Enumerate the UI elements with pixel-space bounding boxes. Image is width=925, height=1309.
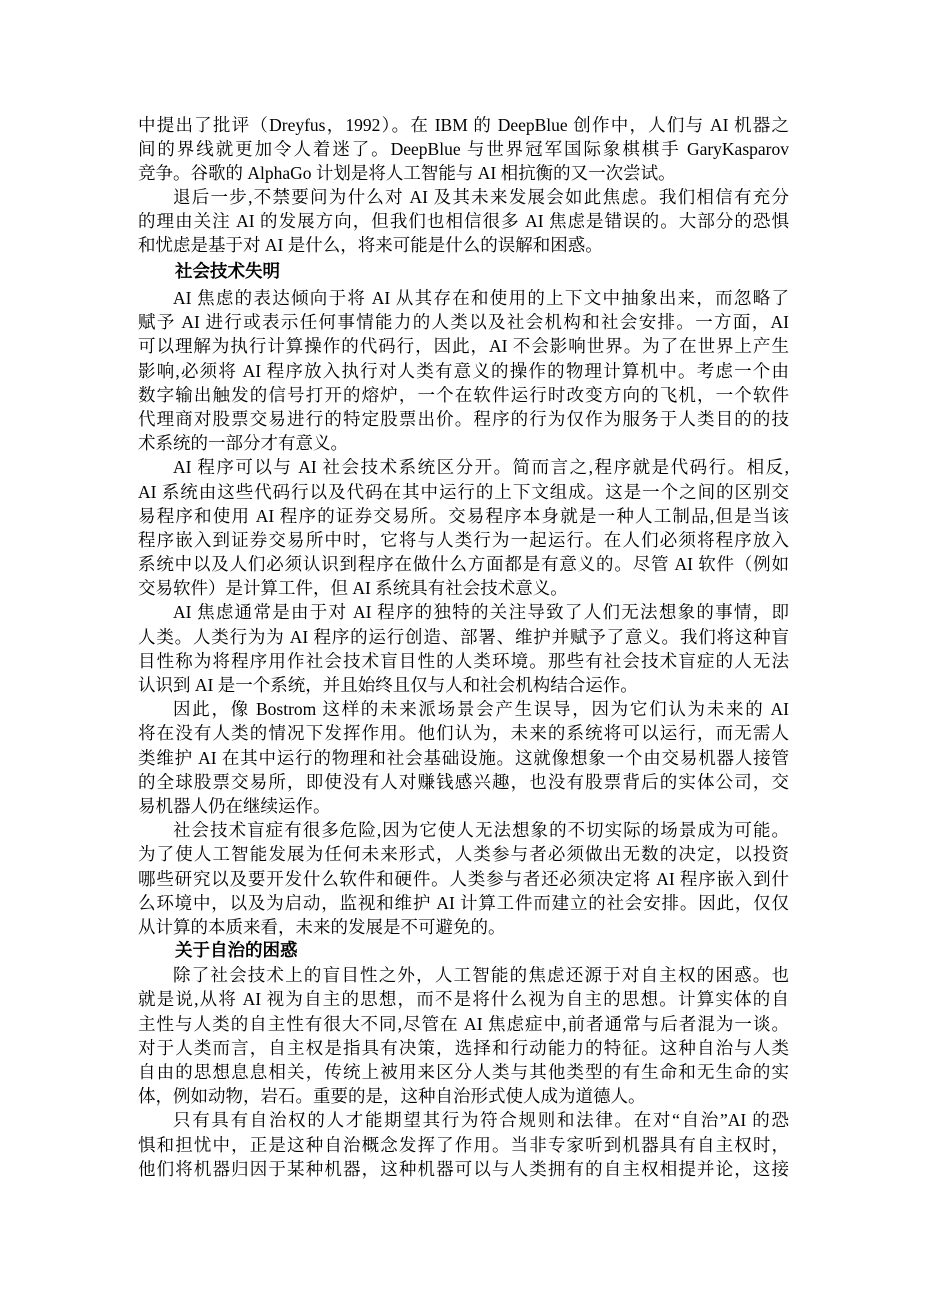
text-block-main: AI 焦虑的表达倾向于将 AI 从其存在和使用的上下文中抽象出来，而忽略了 赋予…: [138, 286, 789, 1181]
text-line: 从计算的本质来看，未来的发展是不可避免的。: [138, 915, 789, 939]
text-line: 目性称为将程序用作社会技术盲目性的人类环境。那些有社会技术盲症的人无法: [138, 649, 789, 673]
body-text-column: 中提出了批评（Dreyfus，1992）。在 IBM 的 DeepBlue 创作…: [138, 113, 789, 1181]
text-line: 中提出了批评（Dreyfus，1992）。在 IBM 的 DeepBlue 创作…: [138, 113, 789, 137]
paragraph: AI 焦虑的表达倾向于将 AI 从其存在和使用的上下文中抽象出来，而忽略了 赋予…: [138, 286, 789, 455]
text-line: 类维护 AI 在其中运行的物理和社会基础设施。这就像想象一个由交易机器人接管: [138, 746, 789, 770]
text-line: 程序嵌入到证券交易所中时，它将与人类行为一起运行。在人们必须将程序放入: [138, 528, 789, 552]
text-line: 间的界线就更加令人着迷了。DeepBlue 与世界冠军国际象棋棋手 GaryKa…: [138, 137, 789, 161]
section-heading: 关于自治的困惑: [138, 939, 789, 963]
paragraph: 因此，像 Bostrom 这样的未来派场景会产生误导，因为它们认为未来的 AI …: [138, 697, 789, 818]
text-line: 竞争。谷歌的 AlphaGo 计划是将人工智能与 AI 相抗衡的又一次尝试。: [138, 161, 789, 185]
text-line: 数字输出触发的信号打开的熔炉，一个在软件运行时改变方向的飞机，一个软件: [138, 383, 789, 407]
text-block-top: 中提出了批评（Dreyfus，1992）。在 IBM 的 DeepBlue 创作…: [138, 113, 789, 257]
text-line: 赋予 AI 进行或表示任何事情能力的人类以及社会机构和社会安排。一方面，AI: [138, 310, 789, 334]
text-line: 自由的思想息息相关，传统上被用来区分人类与其他类型的有生命和无生命的实: [138, 1060, 789, 1084]
text-line: 退后一步,不禁要问为什么对 AI 及其未来发展会如此焦虑。我们相信有充分: [138, 185, 789, 209]
text-line: 为了使人工智能发展为任何未来形式，人类参与者必须做出无数的决定，以投资: [138, 842, 789, 866]
paragraph: 除了社会技术上的盲目性之外，人工智能的焦虑还源于对自主权的困惑。也 就是说,从将…: [138, 963, 789, 1108]
paragraph: 社会技术盲症有很多危险,因为它使人无法想象的不切实际的场景成为可能。 为了使人工…: [138, 818, 789, 939]
document-page: 中提出了批评（Dreyfus，1992）。在 IBM 的 DeepBlue 创作…: [0, 0, 925, 1309]
paragraph: AI 焦虑通常是由于对 AI 程序的独特的关注导致了人们无法想象的事情，即 人类…: [138, 600, 789, 697]
text-line: AI 程序可以与 AI 社会技术系统区分开。简而言之,程序就是代码行。相反,: [138, 455, 789, 479]
paragraph: AI 程序可以与 AI 社会技术系统区分开。简而言之,程序就是代码行。相反, A…: [138, 455, 789, 600]
text-line: 和忧虑是基于对 AI 是什么，将来可能是什么的误解和困惑。: [138, 233, 789, 257]
text-line: 他们将机器归因于某种机器，这种机器可以与人类拥有的自主权相提并论，这接: [138, 1157, 789, 1181]
text-line: AI 焦虑的表达倾向于将 AI 从其存在和使用的上下文中抽象出来，而忽略了: [138, 286, 789, 310]
text-line: 可以理解为执行计算操作的代码行，因此，AI 不会影响世界。为了在世界上产生: [138, 334, 789, 358]
paragraph: 只有具有自治权的人才能期望其行为符合规则和法律。在对“自治”AI 的恐 惧和担忧…: [138, 1108, 789, 1181]
text-line: 的全球股票交易所，即使没有人对赚钱感兴趣，也没有股票背后的实体公司，交: [138, 770, 789, 794]
text-line: 认识到 AI 是一个系统，并且始终且仅与人和社会机构结合运作。: [138, 673, 789, 697]
text-line: 么环境中，以及为启动，监视和维护 AI 计算工件而建立的社会安排。因此，仅仅: [138, 891, 789, 915]
text-line: 只有具有自治权的人才能期望其行为符合规则和法律。在对“自治”AI 的恐: [138, 1108, 789, 1132]
text-line: 交易软件）是计算工件，但 AI 系统具有社会技术意义。: [138, 576, 789, 600]
text-line: AI 系统由这些代码行以及代码在其中运行的上下文组成。这是一个之间的区别交: [138, 480, 789, 504]
text-line: 主性与人类的自主性有很大不同,尽管在 AI 焦虑症中,前者通常与后者混为一谈。: [138, 1012, 789, 1036]
text-line: 影响,必须将 AI 程序放入执行对人类有意义的操作的物理计算机中。考虑一个由: [138, 359, 789, 383]
text-line: 就是说,从将 AI 视为自主的思想，而不是将什么视为自主的思想。计算实体的自: [138, 987, 789, 1011]
text-line: 易机器人仍在继续运作。: [138, 794, 789, 818]
text-line: 体，例如动物，岩石。重要的是，这种自治形式使人成为道德人。: [138, 1084, 789, 1108]
text-line: 惧和担忧中，正是这种自治概念发挥了作用。当非专家听到机器具有自主权时，: [138, 1133, 789, 1157]
text-line: 将在没有人类的情况下发挥作用。他们认为，未来的系统将可以运行，而无需人: [138, 721, 789, 745]
text-line: 社会技术盲症有很多危险,因为它使人无法想象的不切实际的场景成为可能。: [138, 818, 789, 842]
paragraph: 退后一步,不禁要问为什么对 AI 及其未来发展会如此焦虑。我们相信有充分 的理由…: [138, 185, 789, 257]
text-line: 对于人类而言，自主权是指具有决策，选择和行动能力的特征。这种自治与人类: [138, 1036, 789, 1060]
text-line: 代理商对股票交易进行的特定股票出价。程序的行为仅作为服务于人类目的的技: [138, 407, 789, 431]
text-line: 哪些研究以及要开发什么软件和硬件。人类参与者还必须决定将 AI 程序嵌入到什: [138, 867, 789, 891]
text-line: AI 焦虑通常是由于对 AI 程序的独特的关注导致了人们无法想象的事情，即: [138, 600, 789, 624]
text-line: 因此，像 Bostrom 这样的未来派场景会产生误导，因为它们认为未来的 AI: [138, 697, 789, 721]
text-line: 术系统的一部分才有意义。: [138, 431, 789, 455]
text-line: 除了社会技术上的盲目性之外，人工智能的焦虑还源于对自主权的困惑。也: [138, 963, 789, 987]
text-line: 系统中以及人们必须认识到程序在做什么方面都是有意义的。尽管 AI 软件（例如: [138, 552, 789, 576]
text-line: 的理由关注 AI 的发展方向，但我们也相信很多 AI 焦虑是错误的。大部分的恐惧: [138, 209, 789, 233]
section-heading: 社会技术失明: [138, 260, 789, 284]
text-line: 易程序和使用 AI 程序的证券交易所。交易程序本身就是一种人工制品,但是当该: [138, 504, 789, 528]
paragraph: 中提出了批评（Dreyfus，1992）。在 IBM 的 DeepBlue 创作…: [138, 113, 789, 185]
text-line: 人类。人类行为为 AI 程序的运行创造、部署、维护并赋予了意义。我们将这种盲: [138, 625, 789, 649]
